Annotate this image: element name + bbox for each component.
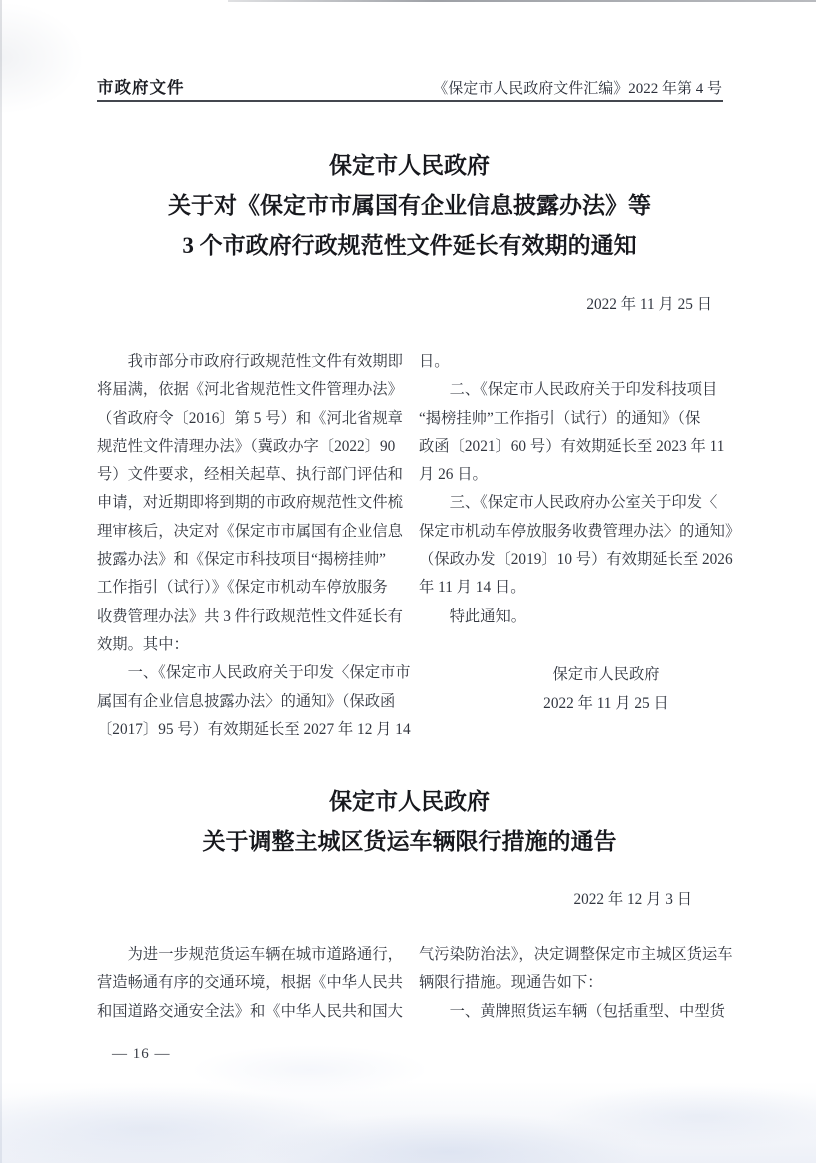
doc1-signature-date: 2022 年 11 月 25 日 <box>490 690 722 719</box>
doc2-right-line: 辆限行措施。现通告如下： <box>419 969 729 997</box>
doc1-left-line: 理审核后，决定对《保定市市属国有企业信息 <box>97 518 412 546</box>
doc1-left-line: 披露办法》和《保定市科技项目“揭榜挂帅” <box>97 546 412 574</box>
scanned-document-page: 市政府文件 《保定市人民政府文件汇编》2022 年第 4 号 保定市人民政府 关… <box>0 0 816 1163</box>
doc1-right-line: 保定市机动车停放服务收费管理办法〉的通知》 <box>419 518 729 546</box>
doc1-right-line: 特此通知。 <box>419 603 729 631</box>
doc1-left-line: 工作指引（试行）》《保定市机动车停放服务 <box>97 574 412 602</box>
doc2-left-column: 为进一步规范货运车辆在城市道路通行， 营造畅通有序的交通环境，根据《中华人民共 … <box>97 941 412 1026</box>
doc1-left-line: 号）文件要求，经相关起草、执行部门评估和 <box>97 461 412 489</box>
doc1-left-line: 申请，对近期即将到期的市政府规范性文件梳 <box>97 489 412 517</box>
doc2-title-line-1: 保定市人民政府 <box>97 782 722 822</box>
doc1-title-line-2: 关于对《保定市市属国有企业信息披露办法》等 <box>97 186 722 226</box>
page-number: — 16 — <box>112 1046 171 1063</box>
doc1-title: 保定市人民政府 关于对《保定市市属国有企业信息披露办法》等 3 个市政府行政规范… <box>97 146 722 266</box>
header-compilation-reference: 《保定市人民政府文件汇编》2022 年第 4 号 <box>433 77 722 98</box>
doc2-left-line: 为进一步规范货运车辆在城市道路通行， <box>97 941 412 969</box>
doc1-left-line: （省政府令〔2016〕第 5 号）和《河北省规章 <box>97 405 412 433</box>
doc2-title: 保定市人民政府 关于调整主城区货运车辆限行措施的通告 <box>97 782 722 862</box>
doc1-right-line: 日。 <box>419 348 729 376</box>
doc1-date: 2022 年 11 月 25 日 <box>420 292 712 314</box>
doc2-title-line-2: 关于调整主城区货运车辆限行措施的通告 <box>97 822 722 862</box>
doc1-right-column: 日。 二、《保定市人民政府关于印发科技项目 “揭榜挂帅”工作指引（试行）的通知》… <box>419 348 729 631</box>
doc1-left-line: 属国有企业信息披露办法〉的通知》（保政函 <box>97 688 412 716</box>
doc2-left-line: 营造畅通有序的交通环境，根据《中华人民共 <box>97 969 412 997</box>
doc1-left-line: 效期。其中： <box>97 631 412 659</box>
doc1-left-line: 一、《保定市人民政府关于印发〈保定市市 <box>97 659 412 687</box>
header-category-label: 市政府文件 <box>97 74 185 98</box>
doc1-right-line: 政函〔2021〕60 号）有效期延长至 2023 年 11 <box>419 433 729 461</box>
doc2-right-line: 一、黄牌照货运车辆（包括重型、中型货 <box>419 998 729 1026</box>
doc2-right-line: 气污染防治法》，决定调整保定市主城区货运车 <box>419 941 729 969</box>
scan-left-edge-artifact <box>0 0 2 1163</box>
doc2-right-column: 气污染防治法》，决定调整保定市主城区货运车 辆限行措施。现通告如下： 一、黄牌照… <box>419 941 729 1026</box>
doc1-right-line: （保政办发〔2019〕10 号）有效期延长至 2026 <box>419 546 729 574</box>
doc1-left-line: 收费管理办法》共 3 件行政规范性文件延长有 <box>97 603 412 631</box>
doc2-left-line: 和国道路交通安全法》和《中华人民共和国大 <box>97 998 412 1026</box>
doc2-date: 2022 年 12 月 3 日 <box>420 887 692 909</box>
header-divider-rule <box>97 100 723 102</box>
doc1-right-line: “揭榜挂帅”工作指引（试行）的通知》（保 <box>419 405 729 433</box>
doc1-signature-block: 保定市人民政府 2022 年 11 月 25 日 <box>490 661 722 719</box>
doc1-left-line: 我市部分市政府行政规范性文件有效期即 <box>97 348 412 376</box>
page-header: 市政府文件 《保定市人民政府文件汇编》2022 年第 4 号 <box>97 74 722 98</box>
doc1-left-column: 我市部分市政府行政规范性文件有效期即 将届满，依据《河北省规范性文件管理办法》 … <box>97 348 412 744</box>
doc1-right-line: 月 26 日。 <box>419 461 729 489</box>
doc1-left-line: 将届满，依据《河北省规范性文件管理办法》 <box>97 376 412 404</box>
doc1-right-line: 二、《保定市人民政府关于印发科技项目 <box>419 376 729 404</box>
doc1-right-line: 三、《保定市人民政府办公室关于印发〈 <box>419 489 729 517</box>
doc1-left-line: 规范性文件清理办法》（冀政办字〔2022〕90 <box>97 433 412 461</box>
doc1-right-line: 年 11 月 14 日。 <box>419 574 729 602</box>
doc1-left-line: 〔2017〕95 号）有效期延长至 2027 年 12 月 14 <box>97 716 412 744</box>
doc1-signature-issuer: 保定市人民政府 <box>490 661 722 690</box>
doc1-title-line-3: 3 个市政府行政规范性文件延长有效期的通知 <box>97 226 722 266</box>
scan-edge-artifact <box>228 0 816 2</box>
doc1-title-line-1: 保定市人民政府 <box>97 146 722 186</box>
